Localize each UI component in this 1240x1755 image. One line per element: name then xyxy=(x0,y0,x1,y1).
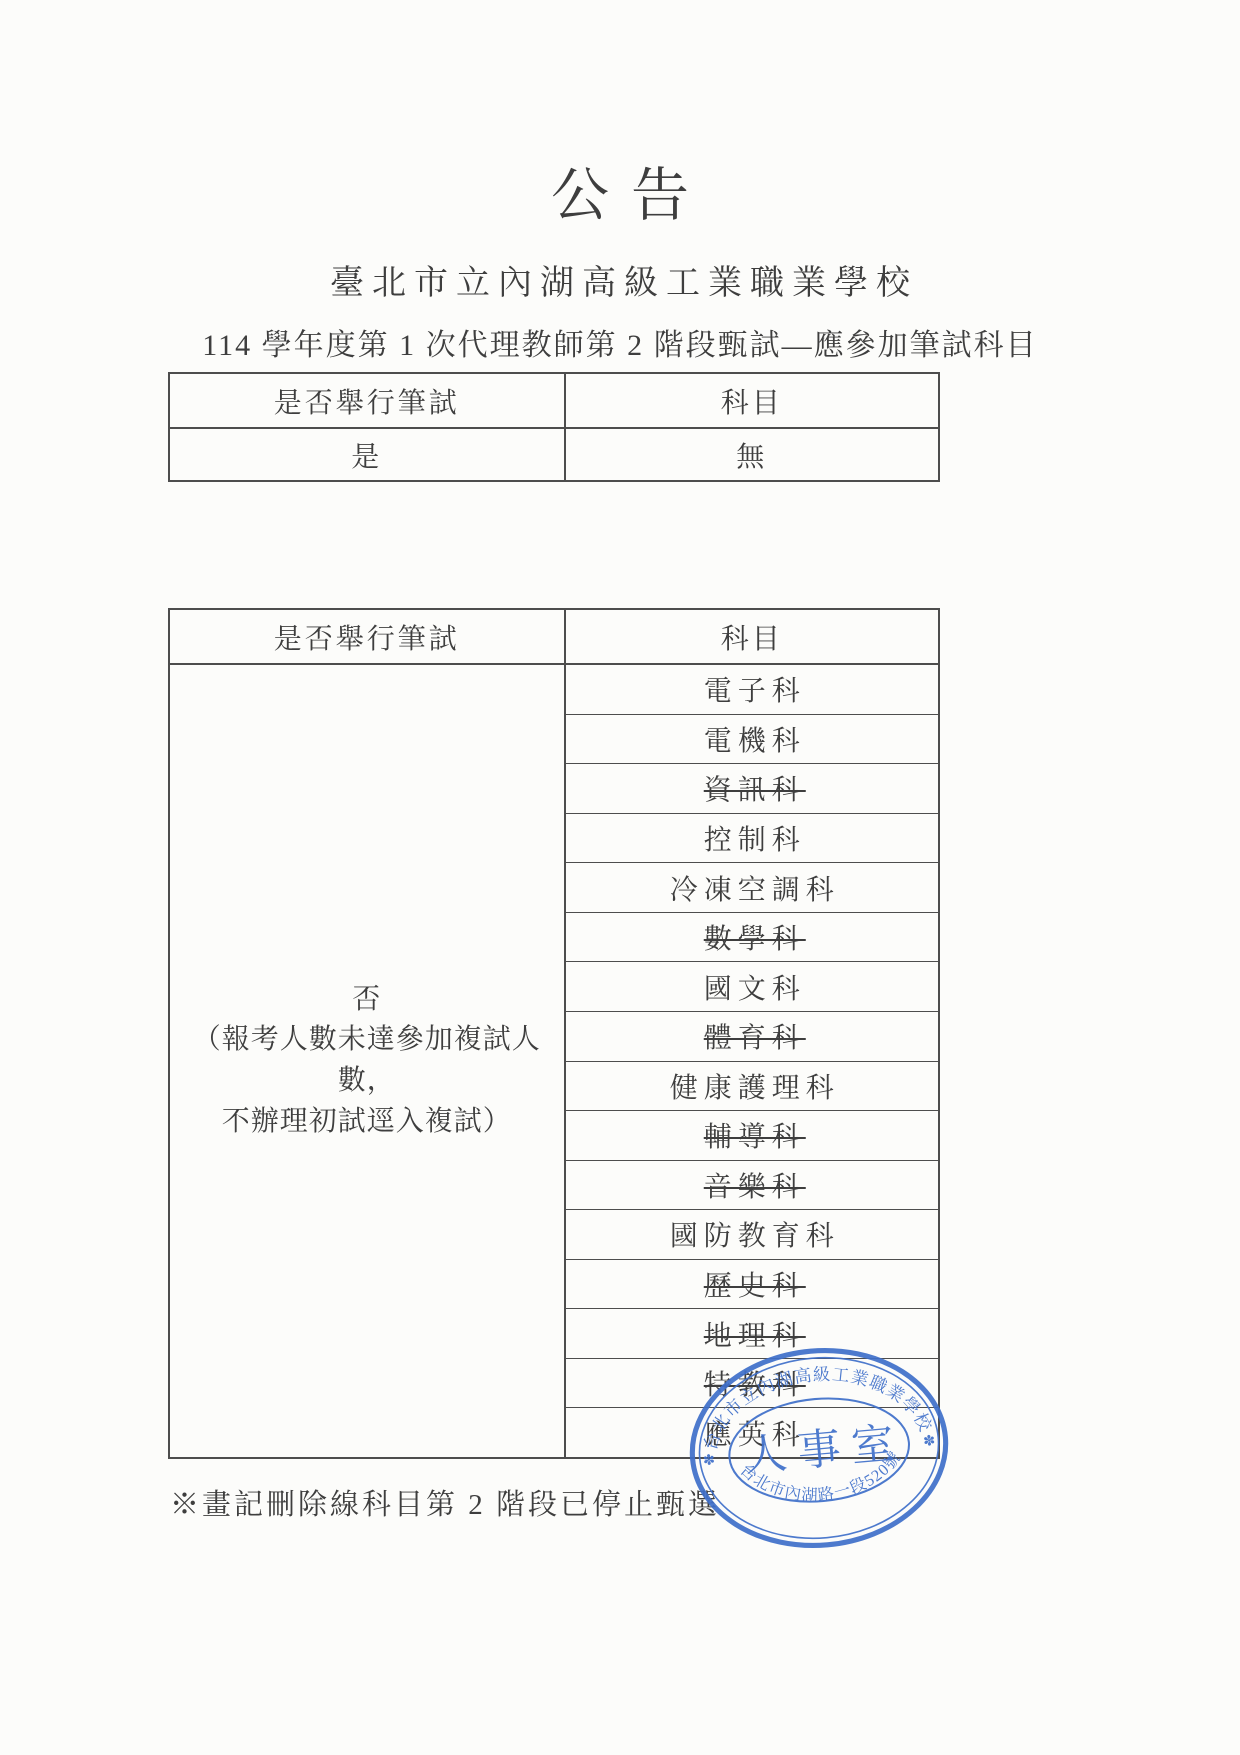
stamp-left-rosette-icon: ✽ xyxy=(702,1452,715,1469)
table2-header-row: 是否舉行筆試 科目 xyxy=(170,610,938,663)
subject-label: 資訊科 xyxy=(698,768,806,808)
table2-body: 否 （報考人數未達參加複試人數， 不辦理初試逕入複試） 電子科 電機科 資訊科 … xyxy=(170,663,938,1457)
subject-label: 輔導科 xyxy=(698,1115,806,1155)
subject-row: 電機科 xyxy=(566,714,938,764)
subject-row: 音樂科 xyxy=(566,1160,938,1210)
table1-header-row: 是否舉行筆試 科目 xyxy=(170,374,938,427)
subject-label: 國防教育科 xyxy=(664,1214,840,1254)
subject-row: 健康護理科 xyxy=(566,1061,938,1111)
subject-row: 數學科 xyxy=(566,912,938,962)
table2-header-subject: 科目 xyxy=(566,610,938,663)
school-name: 臺北市立內湖高級工業職業學校 xyxy=(0,255,1240,304)
written-test-table-2: 是否舉行筆試 科目 否 （報考人數未達參加複試人數， 不辦理初試逕入複試） 電子… xyxy=(168,608,940,1459)
personnel-office-stamp: 台北市立內湖高級工業職業學校 台北市內湖路一段520號 人 事 室 ✽ ✽ xyxy=(677,1331,960,1565)
announcement-subtitle: 114 學年度第 1 次代理教師第 2 階段甄試—應參加筆試科目 xyxy=(0,320,1240,364)
table2-no-cell: 否 （報考人數未達參加複試人數， 不辦理初試逕入複試） xyxy=(170,665,566,1457)
subject-row: 國防教育科 xyxy=(566,1209,938,1259)
subject-label: 歷史科 xyxy=(698,1264,806,1304)
table1-header-written-test: 是否舉行筆試 xyxy=(170,374,566,427)
subject-label: 健康護理科 xyxy=(664,1066,840,1106)
strikethrough-footnote: ※畫記刪除線科目第 2 階段已停止甄選 xyxy=(170,1482,720,1523)
subject-label: 電機科 xyxy=(698,719,806,759)
written-test-table-1: 是否舉行筆試 科目 是 無 xyxy=(168,372,940,482)
table2-header-written-test: 是否舉行筆試 xyxy=(170,610,566,663)
table1-value-none: 無 xyxy=(566,429,938,480)
no-reason-line-2: 不辦理初試逕入複試） xyxy=(222,1102,512,1143)
stamp-right-rosette-icon: ✽ xyxy=(923,1433,936,1450)
page-title: 公告 xyxy=(0,148,1240,232)
table1-data-row: 是 無 xyxy=(170,427,938,480)
subject-label: 冷凍空調科 xyxy=(664,868,840,908)
stamp-seal-graphic: 台北市立內湖高級工業職業學校 台北市內湖路一段520號 人 事 室 ✽ ✽ xyxy=(677,1331,960,1565)
subject-row: 電子科 xyxy=(566,665,938,714)
subject-row: 輔導科 xyxy=(566,1110,938,1160)
subject-label: 數學科 xyxy=(698,917,806,957)
table1-value-yes: 是 xyxy=(170,429,566,480)
subject-row: 資訊科 xyxy=(566,763,938,813)
subject-label: 控制科 xyxy=(698,818,806,858)
subject-row: 控制科 xyxy=(566,813,938,863)
subject-row: 體育科 xyxy=(566,1011,938,1061)
subject-row: 歷史科 xyxy=(566,1259,938,1309)
table1-header-subject: 科目 xyxy=(566,374,938,427)
subject-row: 國文科 xyxy=(566,961,938,1011)
subject-label: 音樂科 xyxy=(698,1165,806,1205)
no-reason-line-1: （報考人數未達參加複試人數， xyxy=(170,1020,564,1101)
subject-label: 電子科 xyxy=(698,669,806,709)
subject-label: 體育科 xyxy=(698,1016,806,1056)
no-label: 否 xyxy=(352,980,381,1021)
subject-row: 冷凍空調科 xyxy=(566,862,938,912)
subject-label: 國文科 xyxy=(698,967,806,1007)
